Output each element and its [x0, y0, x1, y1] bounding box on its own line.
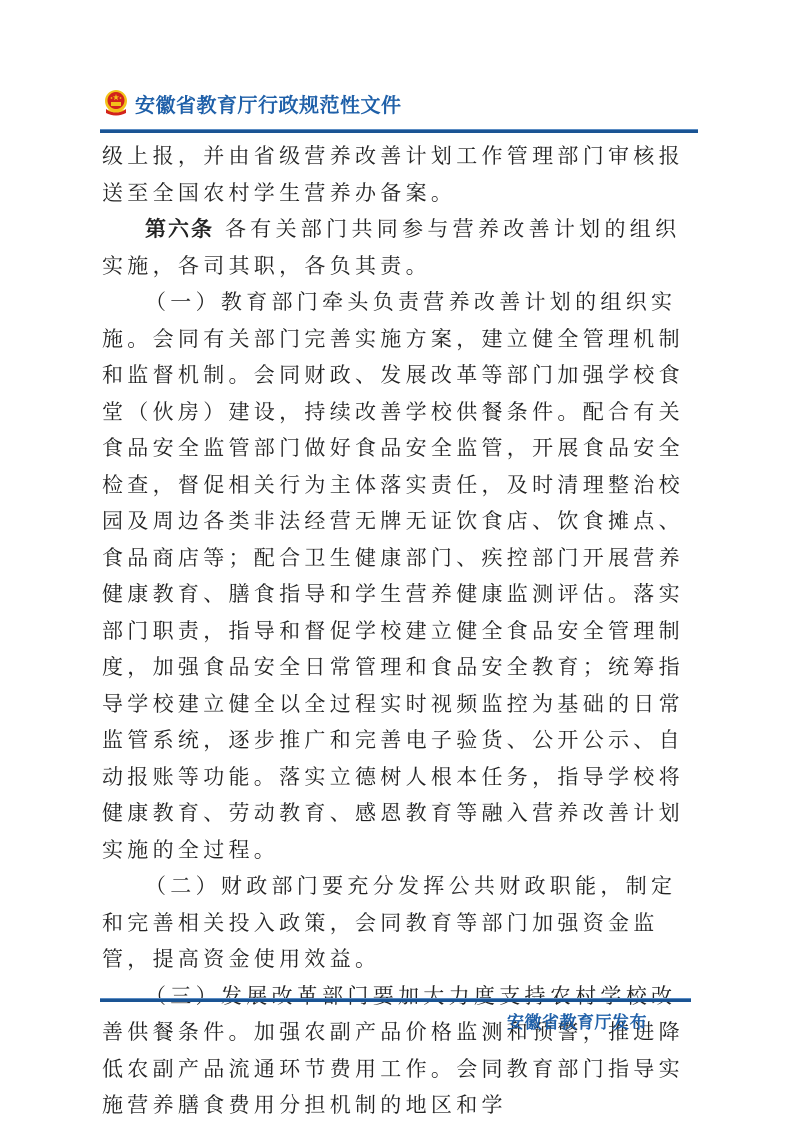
article-paragraph: 第六条 各有关部门共同参与营养改善计划的组织实施，各司其职，各负其责。 [102, 211, 694, 284]
paragraph: （一）教育部门牵头负责营养改善计划的组织实施。会同有关部门完善实施方案，建立健全… [102, 284, 694, 868]
header-divider [100, 129, 698, 133]
document-header: 安徽省教育厅行政规范性文件 [103, 86, 402, 120]
document-series-title: 安徽省教育厅行政规范性文件 [135, 89, 402, 118]
paragraph: 级上报，并由省级营养改善计划工作管理部门审核报送至全国农村学生营养办备案。 [102, 138, 694, 211]
footer-divider [100, 998, 691, 1002]
document-body: 级上报，并由省级营养改善计划工作管理部门审核报送至全国农村学生营养办备案。 第六… [102, 138, 694, 1122]
paragraph: （二）财政部门要充分发挥公共财政职能，制定和完善相关投入政策，会同教育等部门加强… [102, 868, 694, 978]
article-heading: 第六条 [145, 217, 214, 241]
national-emblem-icon [103, 89, 129, 117]
publisher-footer: 安徽省教育厅发布 [507, 1008, 647, 1033]
